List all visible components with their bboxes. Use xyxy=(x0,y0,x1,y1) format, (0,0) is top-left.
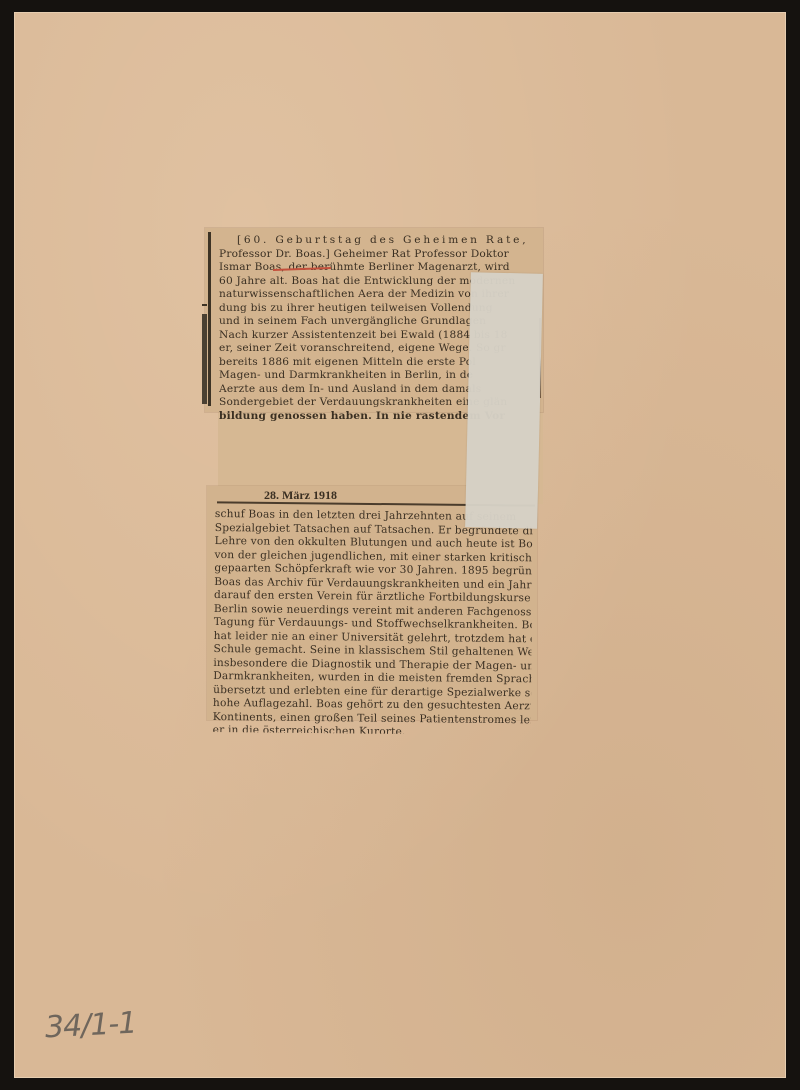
headline-line: [60. Geburtstag des Geheimen Rate, xyxy=(219,234,539,248)
clipping-date: 28. März 1918 xyxy=(264,488,337,503)
adhesive-tape-strip xyxy=(465,272,543,529)
column-rule-left xyxy=(208,232,211,406)
handwritten-shelf-mark: 34/1-1 xyxy=(44,1006,137,1046)
margin-marker xyxy=(202,304,207,306)
margin-bar xyxy=(202,314,207,404)
lower-clipping-text: schuf Boas in den letzten drei Jahrzehnt… xyxy=(213,508,533,735)
text-line: Professor Dr. Boas.] Geheimer Rat Profes… xyxy=(219,248,539,262)
